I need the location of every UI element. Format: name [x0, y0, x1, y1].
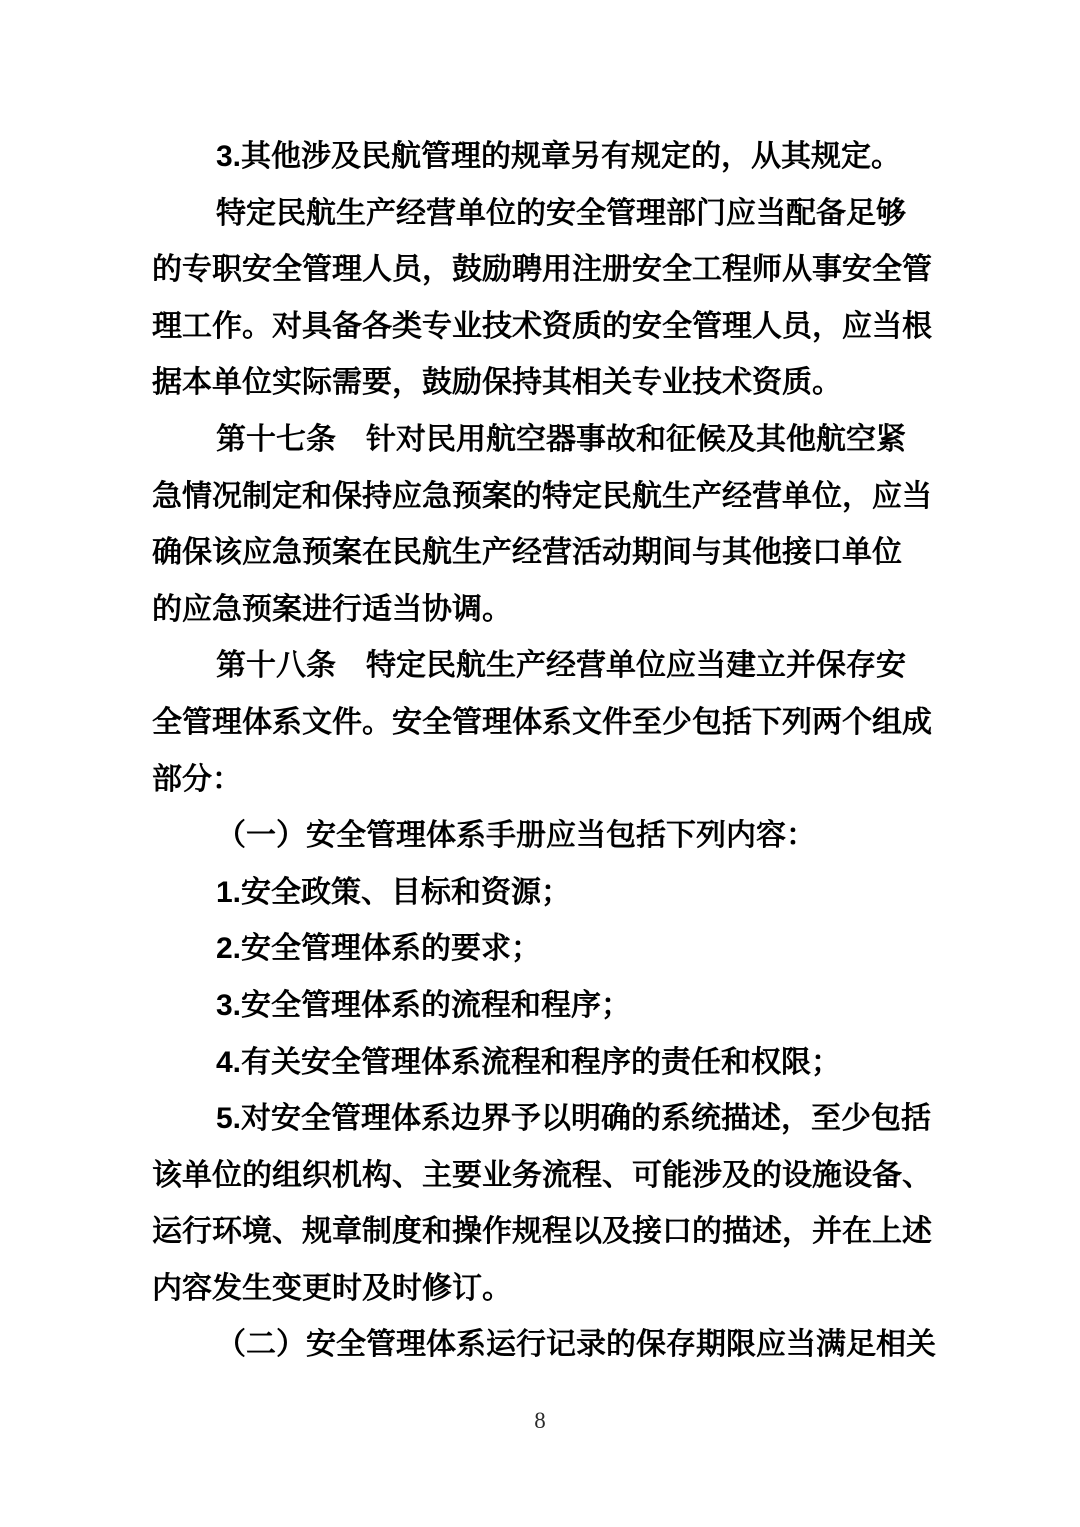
document-line: （一）安全管理体系手册应当包括下列内容： — [152, 808, 952, 865]
document-line: 第十八条 特定民航生产经营单位应当建立并保存安 — [152, 638, 952, 695]
document-page: 3.其他涉及民航管理的规章另有规定的，从其规定。 特定民航生产经营单位的安全管理… — [0, 0, 1080, 1527]
document-line: 理工作。对具备各类专业技术资质的安全管理人员，应当根 — [152, 299, 952, 356]
document-line: 的应急预案进行适当协调。 — [152, 582, 952, 639]
document-line: 部分： — [152, 752, 952, 809]
document-line: 特定民航生产经营单位的安全管理部门应当配备足够 — [152, 186, 952, 243]
document-line: 3.其他涉及民航管理的规章另有规定的，从其规定。 — [152, 129, 952, 186]
document-line: 1.安全政策、目标和资源； — [152, 865, 952, 922]
page-number: 8 — [0, 1408, 1080, 1434]
document-line: 内容发生变更时及时修订。 — [152, 1261, 952, 1318]
document-line: 4.有关安全管理体系流程和程序的责任和权限； — [152, 1035, 952, 1092]
document-body: 3.其他涉及民航管理的规章另有规定的，从其规定。 特定民航生产经营单位的安全管理… — [152, 129, 952, 1374]
document-line: 确保该应急预案在民航生产经营活动期间与其他接口单位 — [152, 525, 952, 582]
document-line: 的专职安全管理人员，鼓励聘用注册安全工程师从事安全管 — [152, 242, 952, 299]
document-line: 2.安全管理体系的要求； — [152, 921, 952, 978]
document-line: 运行环境、规章制度和操作规程以及接口的描述，并在上述 — [152, 1204, 952, 1261]
document-line: 急情况制定和保持应急预案的特定民航生产经营单位，应当 — [152, 469, 952, 526]
document-line: 全管理体系文件。安全管理体系文件至少包括下列两个组成 — [152, 695, 952, 752]
document-line: 3.安全管理体系的流程和程序； — [152, 978, 952, 1035]
document-line: （二）安全管理体系运行记录的保存期限应当满足相关 — [152, 1317, 952, 1374]
document-line: 该单位的组织机构、主要业务流程、可能涉及的设施设备、 — [152, 1148, 952, 1205]
document-line: 据本单位实际需要，鼓励保持其相关专业技术资质。 — [152, 355, 952, 412]
document-line: 第十七条 针对民用航空器事故和征候及其他航空紧 — [152, 412, 952, 469]
document-line: 5.对安全管理体系边界予以明确的系统描述，至少包括 — [152, 1091, 952, 1148]
